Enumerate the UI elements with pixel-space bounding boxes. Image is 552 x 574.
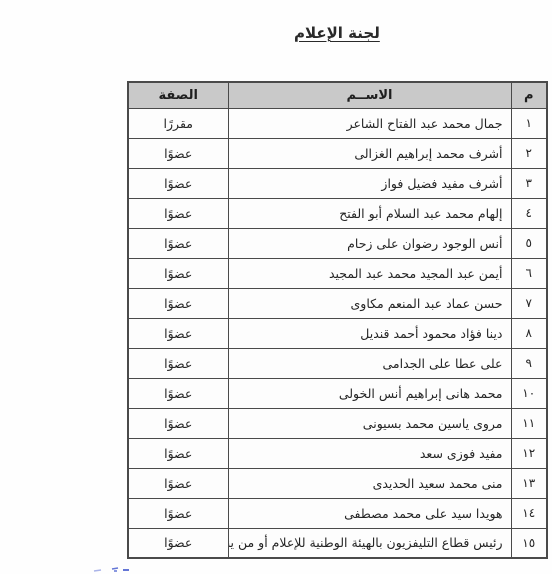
cell-number: ١ [511, 108, 547, 138]
column-header-role: الصفة [128, 82, 228, 108]
cell-name: دينا فؤاد محمود أحمد قنديل [228, 318, 511, 348]
table-row: ١ جمال محمد عبد الفتاح الشاعر مقررًا [128, 108, 547, 138]
cell-role: عضوًا [128, 528, 228, 558]
cell-number: ٩ [511, 348, 547, 378]
document-page: لجنة الإعلام م الاســم الصفة ١ جمال محمد… [0, 0, 552, 574]
cell-role: عضوًا [128, 468, 228, 498]
cell-number: ١٠ [511, 378, 547, 408]
table-row: ١٣ منى محمد سعيد الحديدى عضوًا [128, 468, 547, 498]
column-header-number: م [511, 82, 547, 108]
cell-name: أنس الوجود رضوان على زحام [228, 228, 511, 258]
table-row: ١٢ مفيد فوزى سعد عضوًا [128, 438, 547, 468]
table-row: ١٠ محمد هانى إبراهيم أنس الخولى عضوًا [128, 378, 547, 408]
table-row: ٨ دينا فؤاد محمود أحمد قنديل عضوًا [128, 318, 547, 348]
cell-role: عضوًا [128, 198, 228, 228]
table-row: ٩ على عطا على الجدامى عضوًا [128, 348, 547, 378]
cell-name: محمد هانى إبراهيم أنس الخولى [228, 378, 511, 408]
cell-number: ١٢ [511, 438, 547, 468]
cell-role: عضوًا [128, 498, 228, 528]
cell-role: عضوًا [128, 408, 228, 438]
table-row: ١٤ هويدا سيد على محمد مصطفى عضوًا [128, 498, 547, 528]
cell-number: ١٣ [511, 468, 547, 498]
cell-name: مفيد فوزى سعد [228, 438, 511, 468]
cell-role: مقررًا [128, 108, 228, 138]
cell-role: عضوًا [128, 438, 228, 468]
table-row: ٦ أيمن عبد المجيد محمد عبد المجيد عضوًا [128, 258, 547, 288]
cell-number: ٧ [511, 288, 547, 318]
cell-number: ٣ [511, 168, 547, 198]
table-row: ١٥ رئيس قطاع التليفزيون بالهيئة الوطنية … [128, 528, 547, 558]
header-row: م الاســم الصفة [128, 82, 547, 108]
cell-name: جمال محمد عبد الفتاح الشاعر [228, 108, 511, 138]
cell-role: عضوًا [128, 348, 228, 378]
cell-name: منى محمد سعيد الحديدى [228, 468, 511, 498]
cell-name: هويدا سيد على محمد مصطفى [228, 498, 511, 528]
cell-number: ١٤ [511, 498, 547, 528]
cell-role: عضوًا [128, 378, 228, 408]
cell-role: عضوًا [128, 168, 228, 198]
cell-name: رئيس قطاع التليفزيون بالهيئة الوطنية للإ… [228, 528, 511, 558]
cell-name: على عطا على الجدامى [228, 348, 511, 378]
table-row: ١١ مروى ياسين محمد بسيونى عضوًا [128, 408, 547, 438]
table-body: ١ جمال محمد عبد الفتاح الشاعر مقررًا ٢ أ… [128, 108, 547, 558]
cell-number: ٥ [511, 228, 547, 258]
cell-role: عضوًا [128, 318, 228, 348]
table-row: ٢ أشرف محمد إبراهيم الغزالى عضوًا [128, 138, 547, 168]
cell-number: ٢ [511, 138, 547, 168]
table-header: م الاســم الصفة [128, 82, 547, 108]
cell-role: عضوًا [128, 288, 228, 318]
cell-role: عضوًا [128, 258, 228, 288]
cell-name: أيمن عبد المجيد محمد عبد المجيد [228, 258, 511, 288]
page-title: لجنة الإعلام [294, 24, 380, 42]
cell-role: عضوًا [128, 228, 228, 258]
cell-role: عضوًا [128, 138, 228, 168]
handwritten-mark [92, 564, 142, 574]
table-row: ٥ أنس الوجود رضوان على زحام عضوًا [128, 228, 547, 258]
cell-number: ١١ [511, 408, 547, 438]
cell-name: حسن عماد عبد المنعم مكاوى [228, 288, 511, 318]
cell-name: مروى ياسين محمد بسيونى [228, 408, 511, 438]
table-row: ٧ حسن عماد عبد المنعم مكاوى عضوًا [128, 288, 547, 318]
table-row: ٤ إلهام محمد عبد السلام أبو الفتح عضوًا [128, 198, 547, 228]
cell-name: أشرف محمد إبراهيم الغزالى [228, 138, 511, 168]
cell-number: ٤ [511, 198, 547, 228]
column-header-name: الاســم [228, 82, 511, 108]
cell-number: ٨ [511, 318, 547, 348]
cell-name: إلهام محمد عبد السلام أبو الفتح [228, 198, 511, 228]
cell-number: ٦ [511, 258, 547, 288]
cell-name: أشرف مفيد فضيل فواز [228, 168, 511, 198]
cell-number: ١٥ [511, 528, 547, 558]
committee-table: م الاســم الصفة ١ جمال محمد عبد الفتاح ا… [127, 81, 548, 559]
table-row: ٣ أشرف مفيد فضيل فواز عضوًا [128, 168, 547, 198]
